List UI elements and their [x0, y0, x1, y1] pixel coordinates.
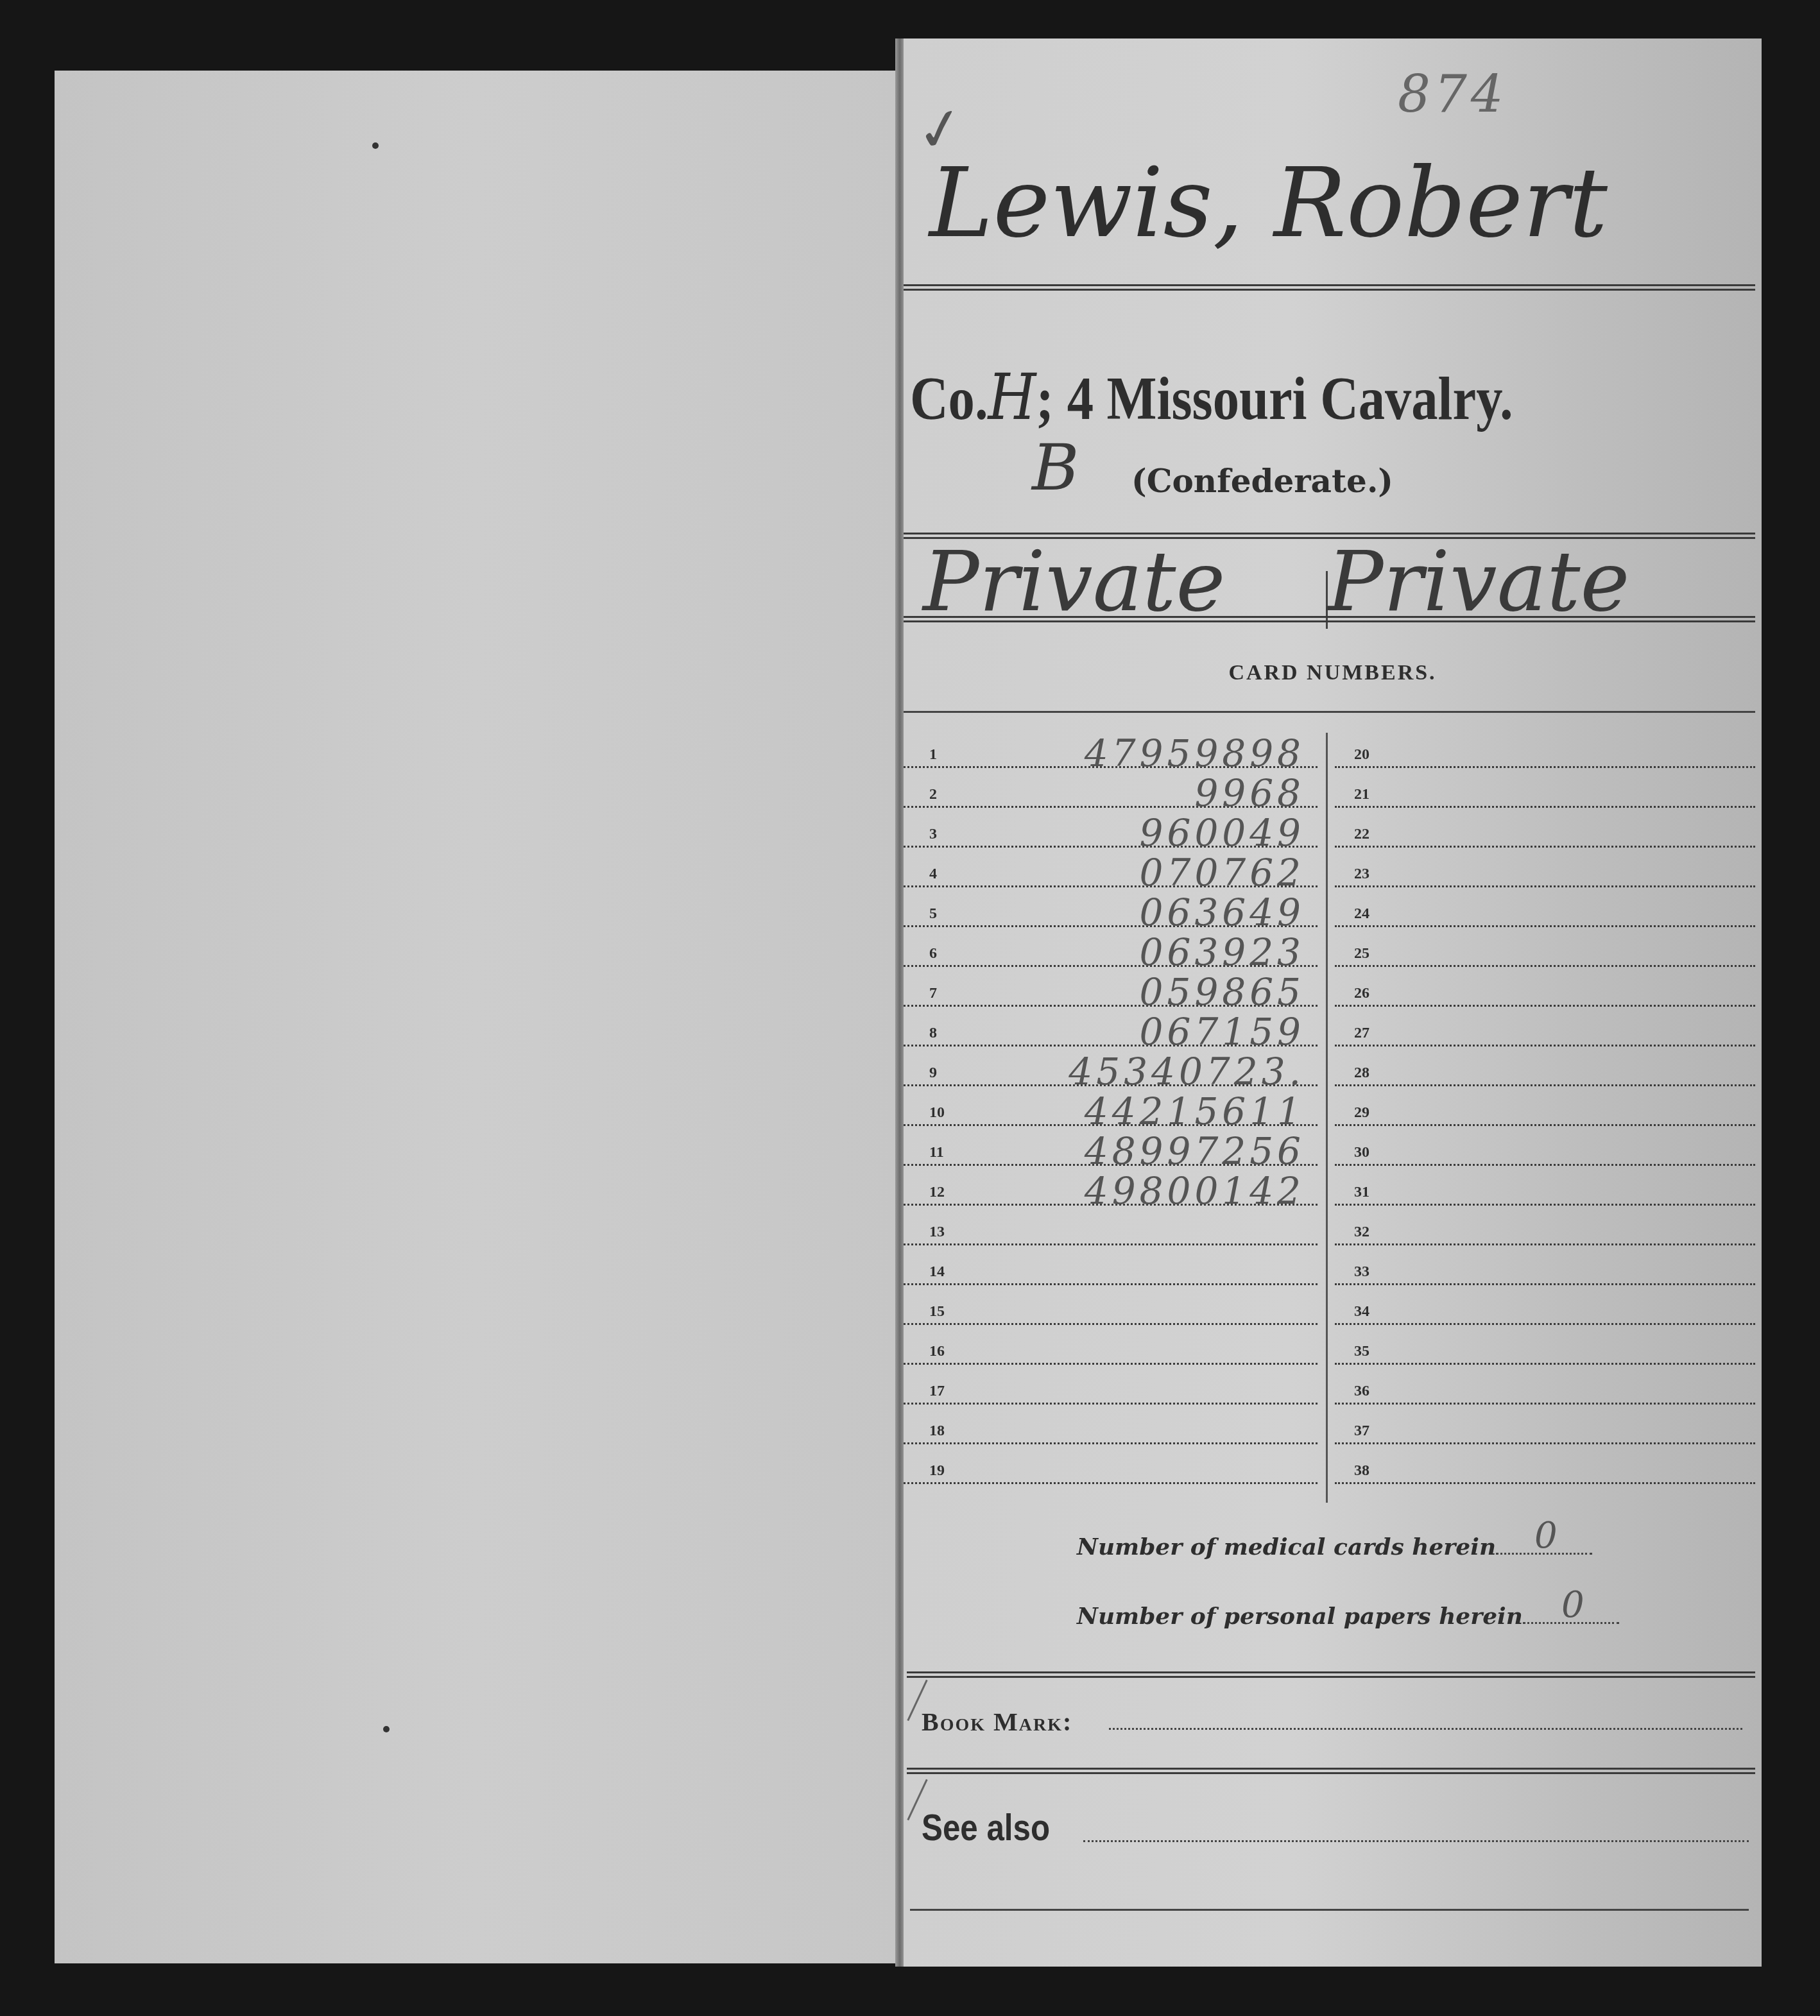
card-row: 20 — [1335, 726, 1755, 768]
card-row: 32 — [1335, 1204, 1755, 1245]
medical-cards-value: 0 — [1534, 1515, 1558, 1557]
book-mark-field — [1109, 1728, 1742, 1730]
see-also-label: See also — [922, 1806, 1050, 1849]
row-number: 24 — [1354, 905, 1369, 923]
row-number: 32 — [1354, 1224, 1369, 1241]
paper-speck — [372, 142, 379, 149]
paper-speck — [383, 1726, 390, 1732]
row-number: 7 — [929, 985, 937, 1002]
row-number: 19 — [929, 1462, 945, 1480]
card-row: 26 — [1335, 965, 1755, 1007]
archive-number: 874 — [1398, 64, 1507, 124]
company-label: Co. — [910, 364, 988, 432]
card-row: 1148997256 — [904, 1124, 1318, 1166]
row-number: 13 — [929, 1224, 945, 1241]
card-row: 22 — [1335, 806, 1755, 848]
card-row: 15 — [904, 1283, 1318, 1325]
name-rule — [904, 284, 1755, 291]
card-row: 18 — [904, 1403, 1318, 1444]
company-alt-letter: B — [1032, 430, 1079, 505]
row-number: 29 — [1354, 1104, 1369, 1122]
card-row: 19 — [904, 1442, 1318, 1484]
card-row: 6063923 — [904, 925, 1318, 967]
row-number: 12 — [929, 1184, 945, 1201]
row-number: 5 — [929, 905, 937, 923]
see-also-rule-top — [907, 1768, 1755, 1774]
see-also-field — [1083, 1840, 1749, 1842]
row-number: 21 — [1354, 786, 1369, 803]
card-row: 945340723. — [904, 1045, 1318, 1086]
row-number: 3 — [929, 826, 937, 843]
row-number: 9 — [929, 1064, 937, 1082]
card-row: 28 — [1335, 1045, 1755, 1086]
unit-name: 4 Missouri Cavalry. — [1067, 364, 1513, 432]
row-number: 35 — [1354, 1343, 1369, 1360]
bottom-rule — [910, 1909, 1749, 1911]
card-row: 21 — [1335, 766, 1755, 808]
book-mark-label: Book Mark: — [922, 1707, 1072, 1737]
soldier-name: Lewis, Robert — [929, 148, 1608, 259]
card-row: 24 — [1335, 885, 1755, 927]
rank-rule-bottom — [904, 616, 1755, 622]
row-number: 2 — [929, 786, 937, 803]
card-row: 1249800142 — [904, 1164, 1318, 1206]
row-number: 20 — [1354, 746, 1369, 764]
row-number: 11 — [929, 1144, 944, 1161]
row-number: 8 — [929, 1025, 937, 1042]
medical-cards-label: Number of medical cards herein — [1077, 1533, 1496, 1560]
card-row: 29968 — [904, 766, 1318, 808]
row-number: 33 — [1354, 1263, 1369, 1281]
row-number: 28 — [1354, 1064, 1369, 1082]
personal-papers-count: Number of personal papers herein0 — [1077, 1603, 1619, 1630]
affiliation: (Confederate.) — [1131, 462, 1393, 500]
card-table-top-rule — [904, 711, 1755, 713]
row-number: 17 — [929, 1383, 945, 1400]
row-number: 38 — [1354, 1462, 1369, 1480]
row-number: 16 — [929, 1343, 945, 1360]
card-row: 34 — [1335, 1283, 1755, 1325]
row-number: 4 — [929, 866, 937, 883]
card-row: 37 — [1335, 1403, 1755, 1444]
card-row: 16 — [904, 1323, 1318, 1365]
card-row: 35 — [1335, 1323, 1755, 1365]
card-row: 33 — [1335, 1243, 1755, 1285]
row-number: 36 — [1354, 1383, 1369, 1400]
blank-left-page — [55, 71, 897, 1963]
card-row: 147959898 — [904, 726, 1318, 768]
row-number: 27 — [1354, 1025, 1369, 1042]
medical-cards-count: Number of medical cards herein0 — [1077, 1533, 1592, 1560]
card-row: 25 — [1335, 925, 1755, 967]
row-number: 10 — [929, 1104, 945, 1122]
record-envelope-page: ✓ 874 Lewis, Robert Co.H; 4 Missouri Cav… — [904, 38, 1762, 1967]
row-number: 6 — [929, 945, 937, 962]
row-number: 37 — [1354, 1422, 1369, 1440]
bookmark-rule-top — [907, 1671, 1755, 1678]
row-number: 22 — [1354, 826, 1369, 843]
row-number: 34 — [1354, 1303, 1369, 1320]
row-number: 1 — [929, 746, 937, 764]
card-row: 29 — [1335, 1084, 1755, 1126]
row-number: 23 — [1354, 866, 1369, 883]
personal-papers-value: 0 — [1561, 1584, 1584, 1626]
card-row: 13 — [904, 1204, 1318, 1245]
card-row: 1044215611 — [904, 1084, 1318, 1126]
card-row: 30 — [1335, 1124, 1755, 1166]
row-number: 15 — [929, 1303, 945, 1320]
card-row: 14 — [904, 1243, 1318, 1285]
card-row: 31 — [1335, 1164, 1755, 1206]
card-row: 4070762 — [904, 846, 1318, 887]
row-number: 25 — [1354, 945, 1369, 962]
card-row: 27 — [1335, 1005, 1755, 1046]
card-row: 7059865 — [904, 965, 1318, 1007]
row-number: 14 — [929, 1263, 945, 1281]
row-number: 30 — [1354, 1144, 1369, 1161]
page-gutter — [895, 38, 904, 1967]
row-number: 18 — [929, 1422, 945, 1440]
card-numbers-title: CARD NUMBERS. — [904, 661, 1762, 685]
row-number: 31 — [1354, 1184, 1369, 1201]
card-row: 17 — [904, 1363, 1318, 1405]
company-letter: H — [988, 359, 1036, 434]
unit-line: Co.H; 4 Missouri Cavalry. — [910, 359, 1513, 434]
card-row: 36 — [1335, 1363, 1755, 1405]
card-column-divider — [1326, 733, 1328, 1503]
personal-papers-label: Number of personal papers herein — [1077, 1603, 1523, 1630]
card-row: 8067159 — [904, 1005, 1318, 1046]
card-row: 23 — [1335, 846, 1755, 887]
row-number: 26 — [1354, 985, 1369, 1002]
card-row: 5063649 — [904, 885, 1318, 927]
card-row: 3960049 — [904, 806, 1318, 848]
card-row: 38 — [1335, 1442, 1755, 1484]
